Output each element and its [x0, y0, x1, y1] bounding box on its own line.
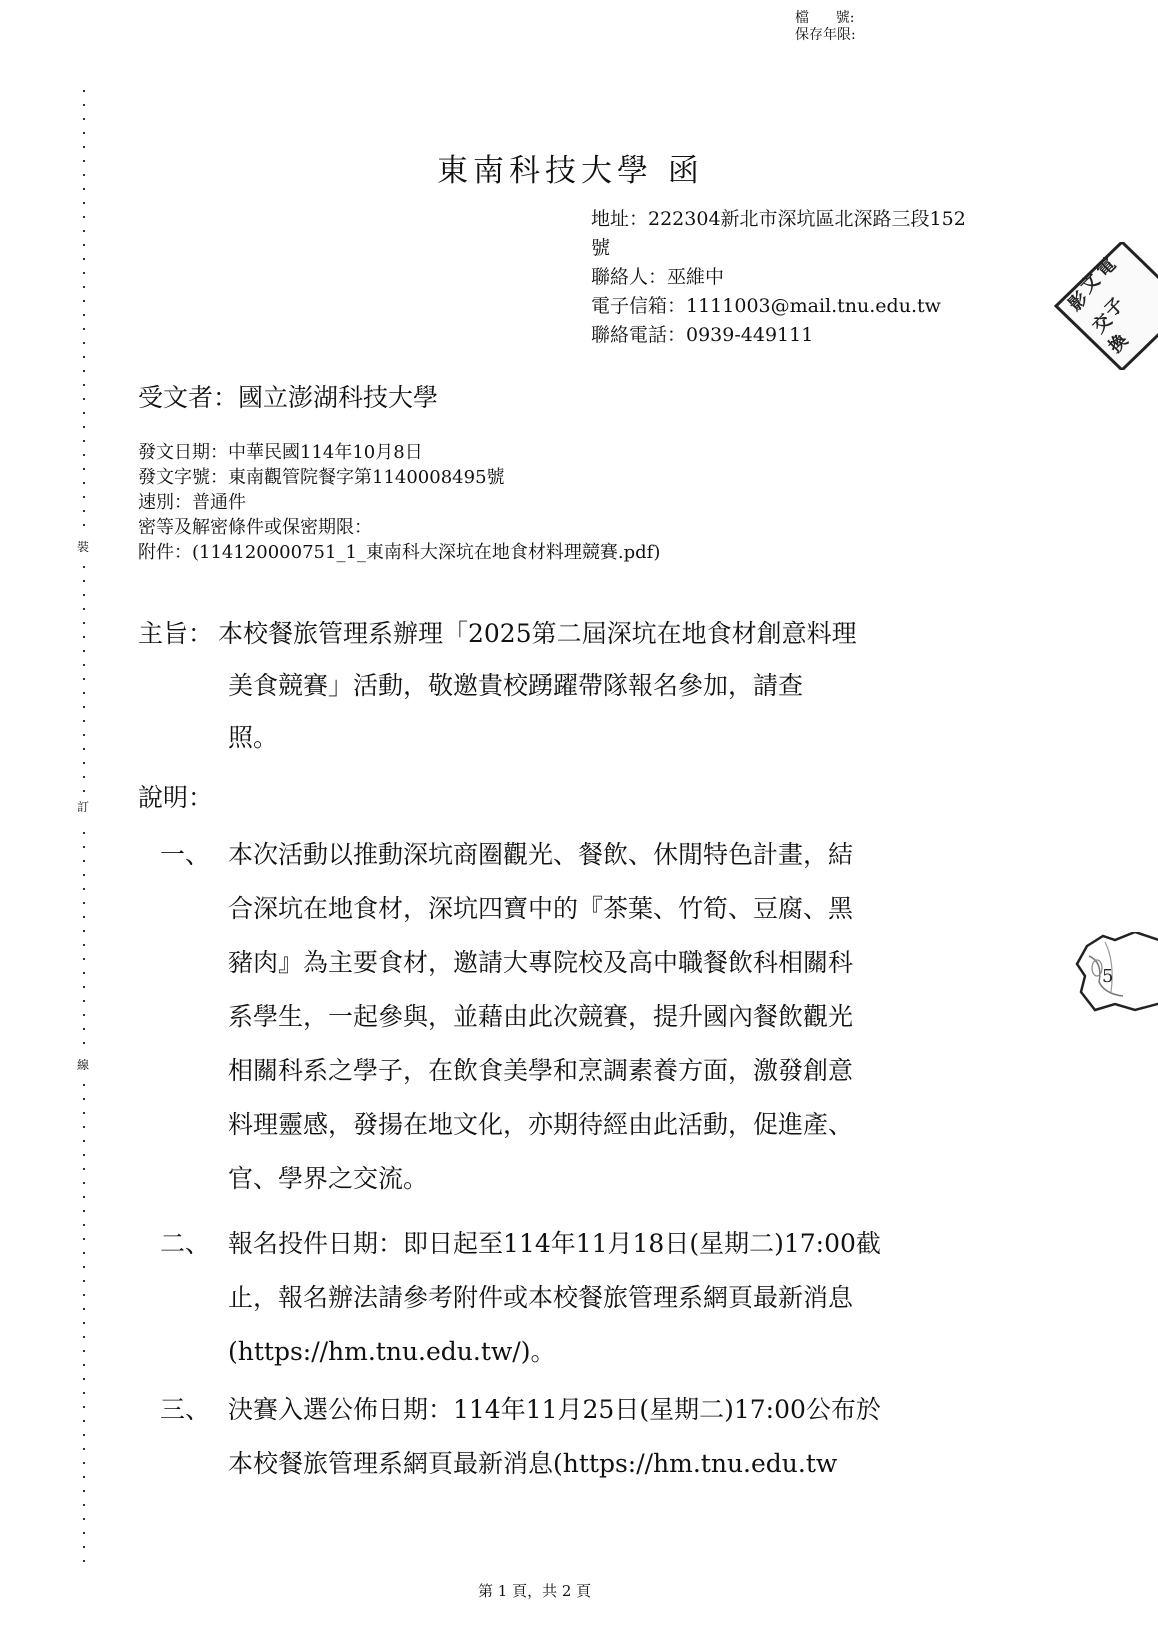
attachment-link[interactable]: 附件：(114120000751_1_東南科大深坑在地食材料理競賽.pdf) — [138, 540, 660, 565]
binding-dot — [83, 244, 85, 246]
binding-dot — [83, 496, 85, 498]
binding-dot — [83, 1518, 85, 1520]
document-number: 發文字號：東南觀管院餐字第1140008495號 — [138, 465, 660, 490]
binding-dot — [83, 412, 85, 414]
binding-dot — [83, 916, 85, 918]
binding-dot — [83, 1336, 85, 1338]
item-link[interactable]: (https://hm.tnu.edu.tw/)。 — [228, 1332, 555, 1368]
binding-dot — [83, 1434, 85, 1436]
binding-dot — [83, 1280, 85, 1282]
binding-dot — [83, 1238, 85, 1240]
binding-dot — [83, 342, 85, 344]
sender-contact: 聯絡人：巫維中 — [591, 263, 1021, 292]
binding-dot — [83, 608, 85, 610]
binding-dot — [83, 650, 85, 652]
issue-date: 發文日期：中華民國114年10月8日 — [138, 440, 660, 465]
binding-dot — [83, 1098, 85, 1100]
document-metadata: 發文日期：中華民國114年10月8日 發文字號：東南觀管院餐字第11400084… — [138, 440, 660, 565]
binding-dot — [83, 888, 85, 890]
binding-dot — [83, 132, 85, 134]
binding-dot — [83, 188, 85, 190]
sender-phone: 聯絡電話：0939-449111 — [591, 321, 1021, 350]
binding-dot — [83, 90, 85, 92]
file-meta: 檔 號: 保存年限: — [795, 10, 856, 44]
svg-text:5: 5 — [1102, 966, 1113, 987]
binding-dot — [83, 356, 85, 358]
binding-dot — [83, 734, 85, 736]
binding-dot — [83, 1420, 85, 1422]
binding-dot — [83, 384, 85, 386]
binding-dot — [83, 1378, 85, 1380]
binding-dot — [83, 1532, 85, 1534]
binding-dot — [83, 1168, 85, 1170]
binding-dot — [83, 958, 85, 960]
binding-dot — [83, 692, 85, 694]
binding-dot — [83, 1504, 85, 1506]
item-line: 本次活動以推動深坑商圈觀光、餐飲、休閒特色計畫，結 — [228, 835, 853, 871]
binding-dot — [83, 314, 85, 316]
binding-dot — [83, 566, 85, 568]
item-line: 官、學界之交流。 — [228, 1159, 428, 1195]
binding-dot — [83, 1210, 85, 1212]
binding-dot — [83, 370, 85, 372]
binding-dot — [83, 902, 85, 904]
item-number: 二、 — [160, 1224, 210, 1260]
binding-dot — [83, 426, 85, 428]
binding-dot — [83, 594, 85, 596]
binding-dot — [83, 776, 85, 778]
binding-dot — [83, 160, 85, 162]
binding-dot — [83, 398, 85, 400]
binding-dot — [83, 1140, 85, 1142]
binding-dot — [83, 216, 85, 218]
binding-dot — [83, 1000, 85, 1002]
binding-dot — [83, 1294, 85, 1296]
binding-dot — [83, 790, 85, 792]
binding-dot — [83, 1028, 85, 1030]
binding-dot — [83, 1448, 85, 1450]
binding-dot — [83, 482, 85, 484]
binding-dot — [83, 440, 85, 442]
binding-label-ding: 訂 — [77, 800, 89, 814]
item-line: 料理靈感，發揚在地文化，亦期待經由此活動，促進產、 — [228, 1105, 853, 1141]
binding-dot — [83, 146, 85, 148]
subject-line: 本校餐旅管理系辦理「2025第二屆深坑在地食材創意料理 — [218, 608, 857, 660]
retention-period-label: 保存年限: — [795, 27, 856, 44]
binding-margin: 裝 訂 線 — [80, 90, 90, 1570]
binding-dot — [83, 1154, 85, 1156]
recipient: 受文者：國立澎湖科技大學 — [138, 378, 438, 414]
binding-dot — [83, 706, 85, 708]
binding-dot — [83, 468, 85, 470]
classification: 密等及解密條件或保密期限： — [138, 515, 660, 540]
binding-dot — [83, 1364, 85, 1366]
binding-dot — [83, 454, 85, 456]
binding-dot — [83, 1014, 85, 1016]
file-number-label: 檔 號: — [795, 10, 856, 27]
binding-dot — [83, 1476, 85, 1478]
sender-email: 電子信箱：1111003@mail.tnu.edu.tw — [591, 292, 1021, 321]
binding-dot — [83, 1126, 85, 1128]
binding-dot — [83, 1406, 85, 1408]
binding-dot — [83, 202, 85, 204]
item-line: 本校餐旅管理系網頁最新消息(https://hm.tnu.edu.tw — [228, 1444, 837, 1480]
binding-dot — [83, 1042, 85, 1044]
binding-dot — [83, 1350, 85, 1352]
binding-dot — [83, 118, 85, 120]
item-line: 豬肉』為主要食材，邀請大專院校及高中職餐飲科相關科 — [228, 943, 853, 979]
binding-dot — [83, 328, 85, 330]
binding-dot — [83, 1224, 85, 1226]
binding-dot — [83, 1490, 85, 1492]
binding-dot — [83, 300, 85, 302]
binding-dot — [83, 524, 85, 526]
binding-dot — [83, 174, 85, 176]
binding-dot — [83, 748, 85, 750]
sender-address-line2: 號 — [591, 234, 1021, 263]
item-number: 三、 — [160, 1390, 210, 1426]
binding-dot — [83, 664, 85, 666]
binding-label-xian: 線 — [77, 1058, 89, 1072]
binding-dot — [83, 1252, 85, 1254]
binding-dot — [83, 258, 85, 260]
binding-dot — [83, 1560, 85, 1562]
item-line: 止，報名辦法請參考附件或本校餐旅管理系網頁最新消息 — [228, 1278, 853, 1314]
binding-dot — [83, 720, 85, 722]
item-line: 決賽入選公佈日期：114年11月25日(星期二)17:00公布於 — [228, 1390, 881, 1426]
binding-dot — [83, 1322, 85, 1324]
item-line: 相關科系之學子，在飲食美學和烹調素養方面，激發創意 — [228, 1051, 853, 1087]
document-title: 東南科技大學 函 — [437, 145, 704, 190]
binding-dot — [83, 678, 85, 680]
binding-dot — [83, 1084, 85, 1086]
binding-dot — [83, 580, 85, 582]
binding-dot — [83, 972, 85, 974]
binding-dot — [83, 832, 85, 834]
binding-dot — [83, 1392, 85, 1394]
page-seal-icon: 5 — [1075, 932, 1158, 1012]
binding-dot — [83, 1462, 85, 1464]
binding-dot — [83, 874, 85, 876]
binding-dot — [83, 286, 85, 288]
binding-dot — [83, 272, 85, 274]
binding-dot — [83, 986, 85, 988]
sender-address-line1: 地址：222304新北市深坑區北深路三段152 — [591, 205, 1021, 234]
binding-dot — [83, 1266, 85, 1268]
binding-dot — [83, 1112, 85, 1114]
binding-dot — [83, 1182, 85, 1184]
binding-dot — [83, 1196, 85, 1198]
binding-dot — [83, 860, 85, 862]
explanation-label: 說明： — [138, 778, 213, 814]
binding-dot — [83, 636, 85, 638]
binding-dot — [83, 1308, 85, 1310]
e-document-stamp-icon: 影 文 電 交 子 換 — [1052, 242, 1158, 370]
binding-dot — [83, 510, 85, 512]
page-number: 第 1 頁，共 2 頁 — [478, 1580, 591, 1601]
binding-dot — [83, 762, 85, 764]
priority: 速別：普通件 — [138, 490, 660, 515]
subject-line: 照。 — [228, 712, 278, 764]
binding-dot — [83, 944, 85, 946]
binding-label-zhuang: 裝 — [77, 540, 89, 554]
sender-info: 地址：222304新北市深坑區北深路三段152 號 聯絡人：巫維中 電子信箱：1… — [591, 205, 1021, 350]
binding-dot — [83, 1546, 85, 1548]
item-line: 合深坑在地食材，深坑四寶中的『茶葉、竹筍、豆腐、黑 — [228, 889, 853, 925]
binding-dot — [83, 930, 85, 932]
binding-dot — [83, 230, 85, 232]
item-line: 報名投件日期：即日起至114年11月18日(星期二)17:00截 — [228, 1224, 881, 1260]
item-number: 一、 — [160, 835, 210, 871]
item-line: 系學生，一起參與，並藉由此次競賽，提升國內餐飲觀光 — [228, 997, 853, 1033]
subject-label: 主旨： — [138, 608, 213, 660]
binding-dot — [83, 846, 85, 848]
binding-dot — [83, 622, 85, 624]
subject-line: 美食競賽」活動，敬邀貴校踴躍帶隊報名參加，請查 — [228, 660, 803, 712]
binding-dot — [83, 104, 85, 106]
